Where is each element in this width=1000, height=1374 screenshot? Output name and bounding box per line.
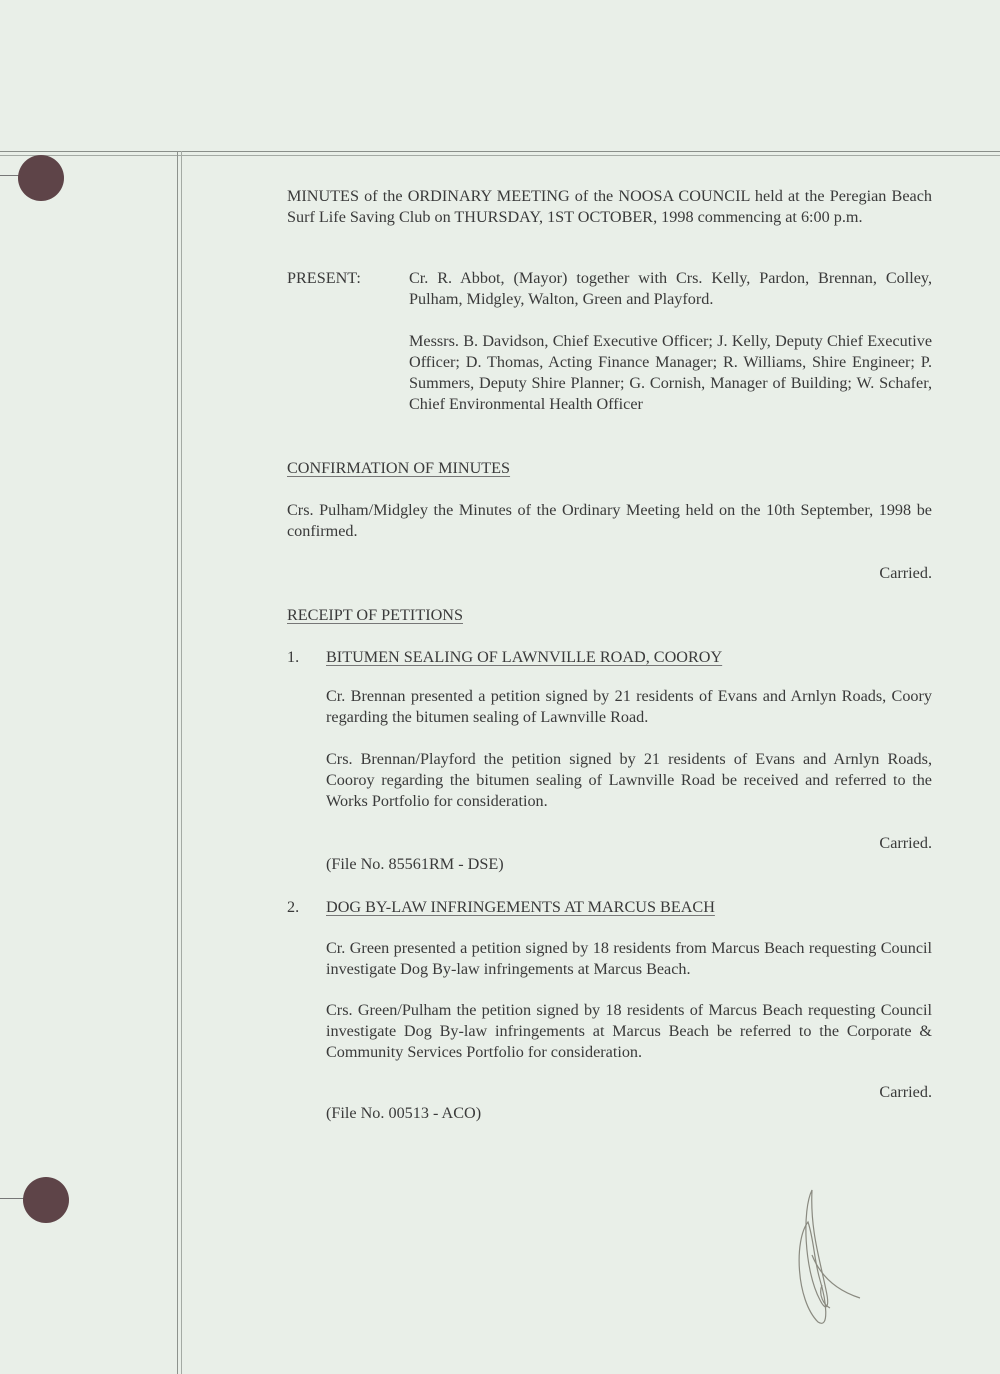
present-label: PRESENT:	[287, 268, 387, 289]
margin-line-secondary	[181, 151, 182, 1374]
confirmation-heading: CONFIRMATION OF MINUTES	[287, 458, 510, 479]
petition-1-number: 1.	[287, 647, 299, 668]
present-councillors: Cr. R. Abbot, (Mayor) together with Crs.…	[409, 268, 932, 310]
punch-hole-icon-bottom	[23, 1177, 69, 1223]
petition-2-file: (File No. 00513 - ACO)	[326, 1103, 481, 1124]
confirmation-result: Carried.	[782, 563, 932, 584]
petitions-heading: RECEIPT OF PETITIONS	[287, 605, 463, 626]
margin-line	[177, 151, 178, 1374]
petition-2-para1: Cr. Green presented a petition signed by…	[326, 938, 932, 980]
page-top-rule-secondary	[0, 155, 1000, 156]
punch-hole-tick-bottom	[0, 1198, 24, 1199]
petition-1-file: (File No. 85561RM - DSE)	[326, 854, 504, 875]
petition-1-para2: Crs. Brennan/Playford the petition signe…	[326, 749, 932, 812]
signature-icon	[790, 1180, 880, 1330]
present-officers: Messrs. B. Davidson, Chief Executive Off…	[409, 331, 932, 415]
confirmation-body: Crs. Pulham/Midgley the Minutes of the O…	[287, 500, 932, 542]
petition-2-title: DOG BY-LAW INFRINGEMENTS AT MARCUS BEACH	[326, 897, 715, 918]
petition-2-number: 2.	[287, 897, 299, 918]
minutes-intro: MINUTES of the ORDINARY MEETING of the N…	[287, 186, 932, 228]
petition-1-para1: Cr. Brennan presented a petition signed …	[326, 686, 932, 728]
petition-2-result: Carried.	[782, 1082, 932, 1103]
petition-2-para2: Crs. Green/Pulham the petition signed by…	[326, 1000, 932, 1063]
petition-1-result: Carried.	[782, 833, 932, 854]
petition-1-title: BITUMEN SEALING OF LAWNVILLE ROAD, COORO…	[326, 647, 722, 668]
page-top-rule	[0, 151, 1000, 152]
punch-hole-tick-top	[0, 175, 20, 176]
punch-hole-icon-top	[18, 155, 64, 201]
